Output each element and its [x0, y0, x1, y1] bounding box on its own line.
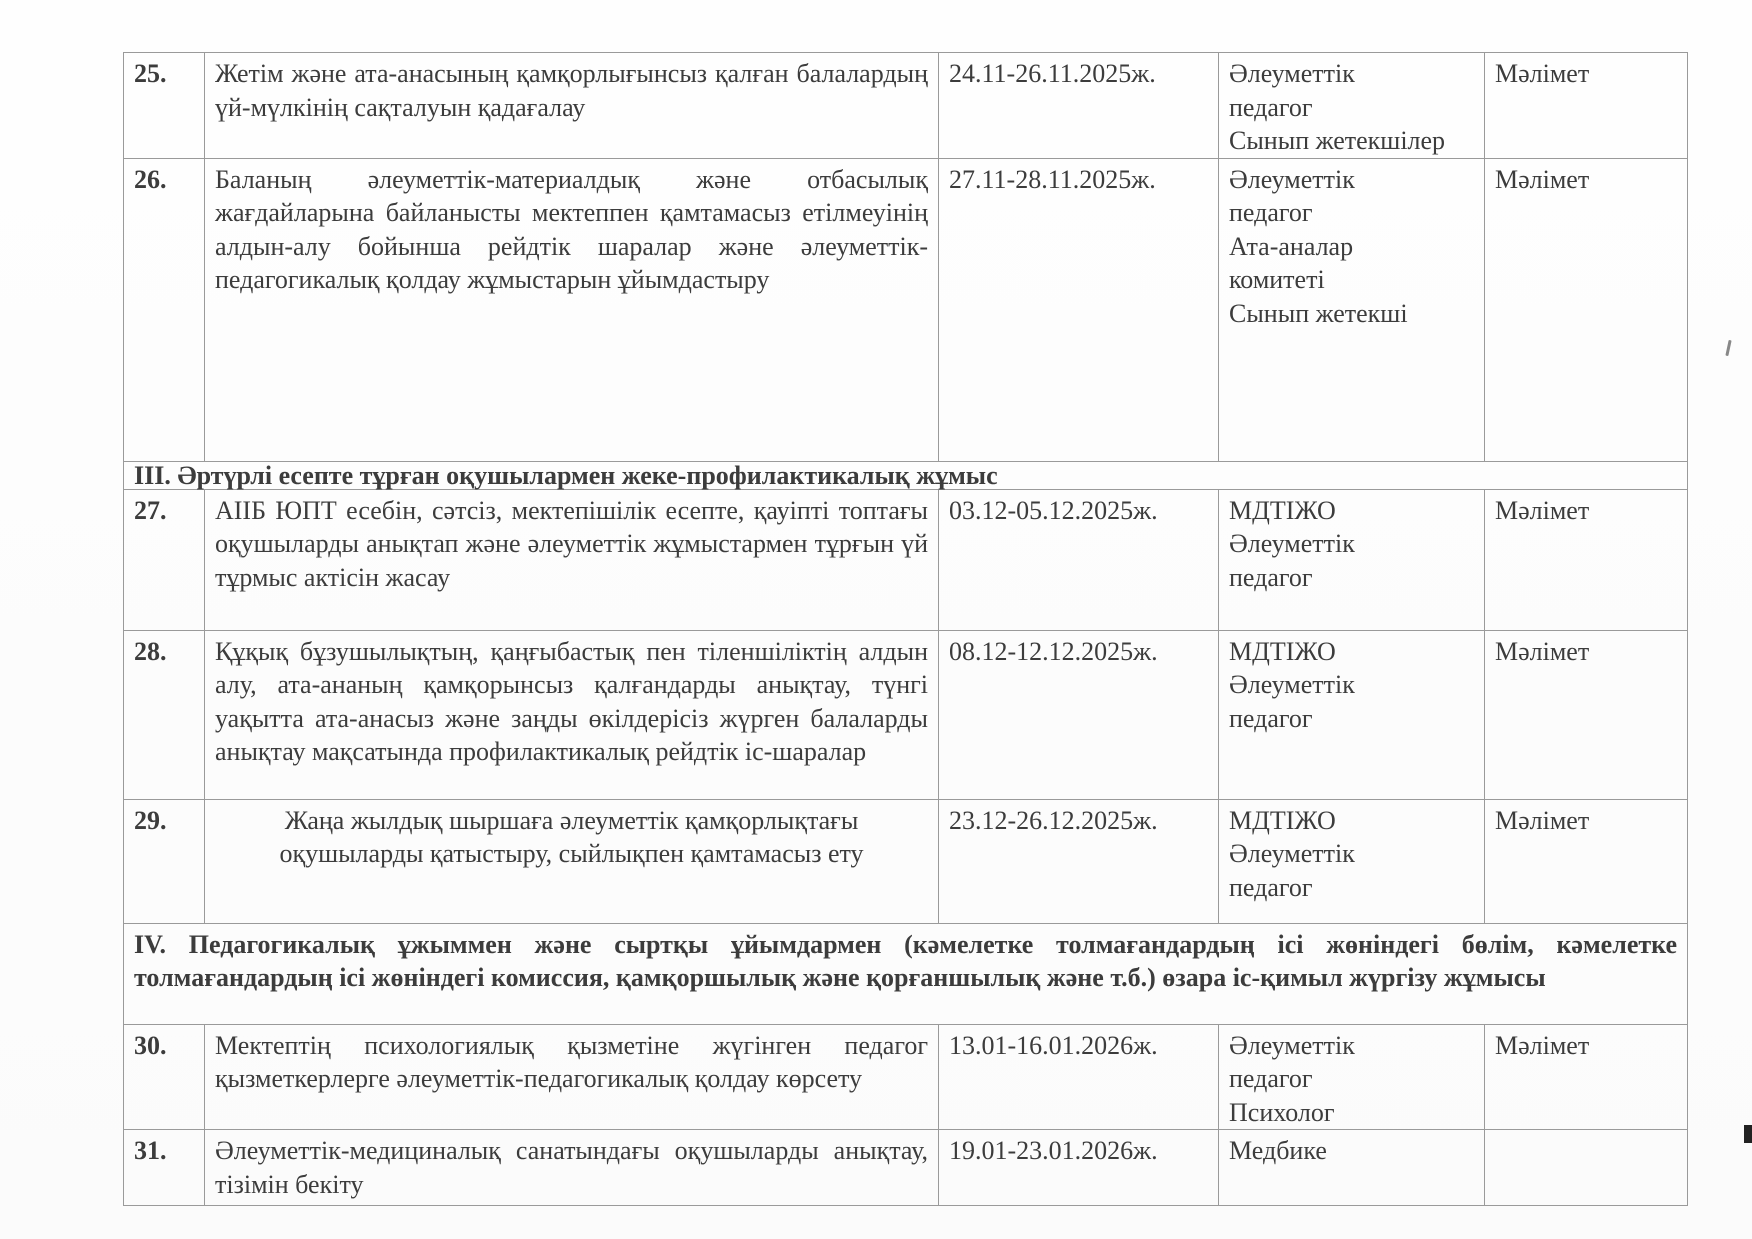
- row-number: 31.: [124, 1130, 205, 1206]
- task-description: Жаңа жылдық шыршаға әлеуметтік қамқорлық…: [205, 799, 939, 923]
- responsible-item: Сынып жетекшілер: [1229, 124, 1474, 158]
- responsible-item: Әлеуметтік: [1229, 837, 1474, 871]
- responsible-list: Әлеуметтік педагог Психолог: [1219, 1024, 1485, 1130]
- responsible-item: Әлеуметтік: [1229, 527, 1474, 561]
- responsible-item: комитеті: [1229, 263, 1474, 297]
- result-form: [1485, 1130, 1688, 1206]
- responsible-item: Психолог: [1229, 1096, 1474, 1130]
- result-form: Мәлімет: [1485, 630, 1688, 799]
- responsible-item: Әлеуметтік: [1229, 668, 1474, 702]
- table-row: 27. АІІБ ЮПТ есебін, сәтсіз, мектепішілі…: [124, 489, 1688, 630]
- section-title: ІІІ. Әртүрлі есепте тұрған оқушылармен ж…: [124, 461, 1688, 489]
- responsible-list: Әлеуметтік педагог Ата-аналар комитеті С…: [1219, 158, 1485, 461]
- result-form: Мәлімет: [1485, 799, 1688, 923]
- responsible-item: Әлеуметтік: [1229, 163, 1474, 197]
- responsible-item: Әлеуметтік: [1229, 57, 1474, 91]
- section-header-row: ІІІ. Әртүрлі есепте тұрған оқушылармен ж…: [124, 461, 1688, 489]
- section-title: IV. Педагогикалық ұжыммен және сыртқы ұй…: [124, 923, 1688, 1024]
- responsible-item: педагог: [1229, 1062, 1474, 1096]
- responsible-item: МДТІЖО: [1229, 804, 1474, 838]
- responsible-item: педагог: [1229, 871, 1474, 905]
- date-range: 23.12-26.12.2025ж.: [939, 799, 1219, 923]
- table-row: 25. Жетім және ата-анасының қамқорлығынс…: [124, 53, 1688, 159]
- row-number: 28.: [124, 630, 205, 799]
- result-form: Мәлімет: [1485, 53, 1688, 159]
- scanned-document-page: 25. Жетім және ата-анасының қамқорлығынс…: [0, 0, 1752, 1239]
- responsible-list: Әлеуметтік педагог Сынып жетекшілер: [1219, 53, 1485, 159]
- responsible-list: МДТІЖО Әлеуметтік педагог: [1219, 799, 1485, 923]
- table-row: 30. Мектептің психологиялық қызметіне жү…: [124, 1024, 1688, 1130]
- date-range: 19.01-23.01.2026ж.: [939, 1130, 1219, 1206]
- responsible-list: Медбике: [1219, 1130, 1485, 1206]
- responsible-item: Ата-аналар: [1229, 230, 1474, 264]
- date-range: 08.12-12.12.2025ж.: [939, 630, 1219, 799]
- task-description: Мектептің психологиялық қызметіне жүгінг…: [205, 1024, 939, 1130]
- scan-edge-mark: [1744, 1125, 1752, 1143]
- responsible-item: МДТІЖО: [1229, 635, 1474, 669]
- responsible-item: Әлеуметтік: [1229, 1029, 1474, 1063]
- row-number: 27.: [124, 489, 205, 630]
- result-form: Мәлімет: [1485, 489, 1688, 630]
- table-row: 26. Баланың әлеуметтік-материалдық және …: [124, 158, 1688, 461]
- responsible-item: МДТІЖО: [1229, 494, 1474, 528]
- table-row: 29. Жаңа жылдық шыршаға әлеуметтік қамқо…: [124, 799, 1688, 923]
- scan-artifact-mark: [1725, 340, 1731, 356]
- task-description: Жетім және ата-анасының қамқорлығынсыз қ…: [205, 53, 939, 159]
- table-row: 31. Әлеуметтік-медициналық санатындағы о…: [124, 1130, 1688, 1206]
- row-number: 29.: [124, 799, 205, 923]
- result-form: Мәлімет: [1485, 158, 1688, 461]
- responsible-item: педагог: [1229, 561, 1474, 595]
- responsible-item: педагог: [1229, 702, 1474, 736]
- section-header-row: IV. Педагогикалық ұжыммен және сыртқы ұй…: [124, 923, 1688, 1024]
- task-description: АІІБ ЮПТ есебін, сәтсіз, мектепішілік ес…: [205, 489, 939, 630]
- responsible-item: педагог: [1229, 91, 1474, 125]
- responsible-item: Медбике: [1229, 1134, 1474, 1168]
- table-row: 28. Құқық бұзушылықтың, қаңғыбастық пен …: [124, 630, 1688, 799]
- responsible-list: МДТІЖО Әлеуметтік педагог: [1219, 489, 1485, 630]
- row-number: 26.: [124, 158, 205, 461]
- responsible-list: МДТІЖО Әлеуметтік педагог: [1219, 630, 1485, 799]
- responsible-item: Сынып жетекші: [1229, 297, 1474, 331]
- result-form: Мәлімет: [1485, 1024, 1688, 1130]
- date-range: 27.11-28.11.2025ж.: [939, 158, 1219, 461]
- row-number: 25.: [124, 53, 205, 159]
- responsible-item: педагог: [1229, 196, 1474, 230]
- date-range: 13.01-16.01.2026ж.: [939, 1024, 1219, 1130]
- task-description: Құқық бұзушылықтың, қаңғыбастық пен тіле…: [205, 630, 939, 799]
- work-plan-table: 25. Жетім және ата-анасының қамқорлығынс…: [123, 52, 1688, 1206]
- task-description: Баланың әлеуметтік-материалдық және отба…: [205, 158, 939, 461]
- date-range: 24.11-26.11.2025ж.: [939, 53, 1219, 159]
- date-range: 03.12-05.12.2025ж.: [939, 489, 1219, 630]
- row-number: 30.: [124, 1024, 205, 1130]
- task-description: Әлеуметтік-медициналық санатындағы оқушы…: [205, 1130, 939, 1206]
